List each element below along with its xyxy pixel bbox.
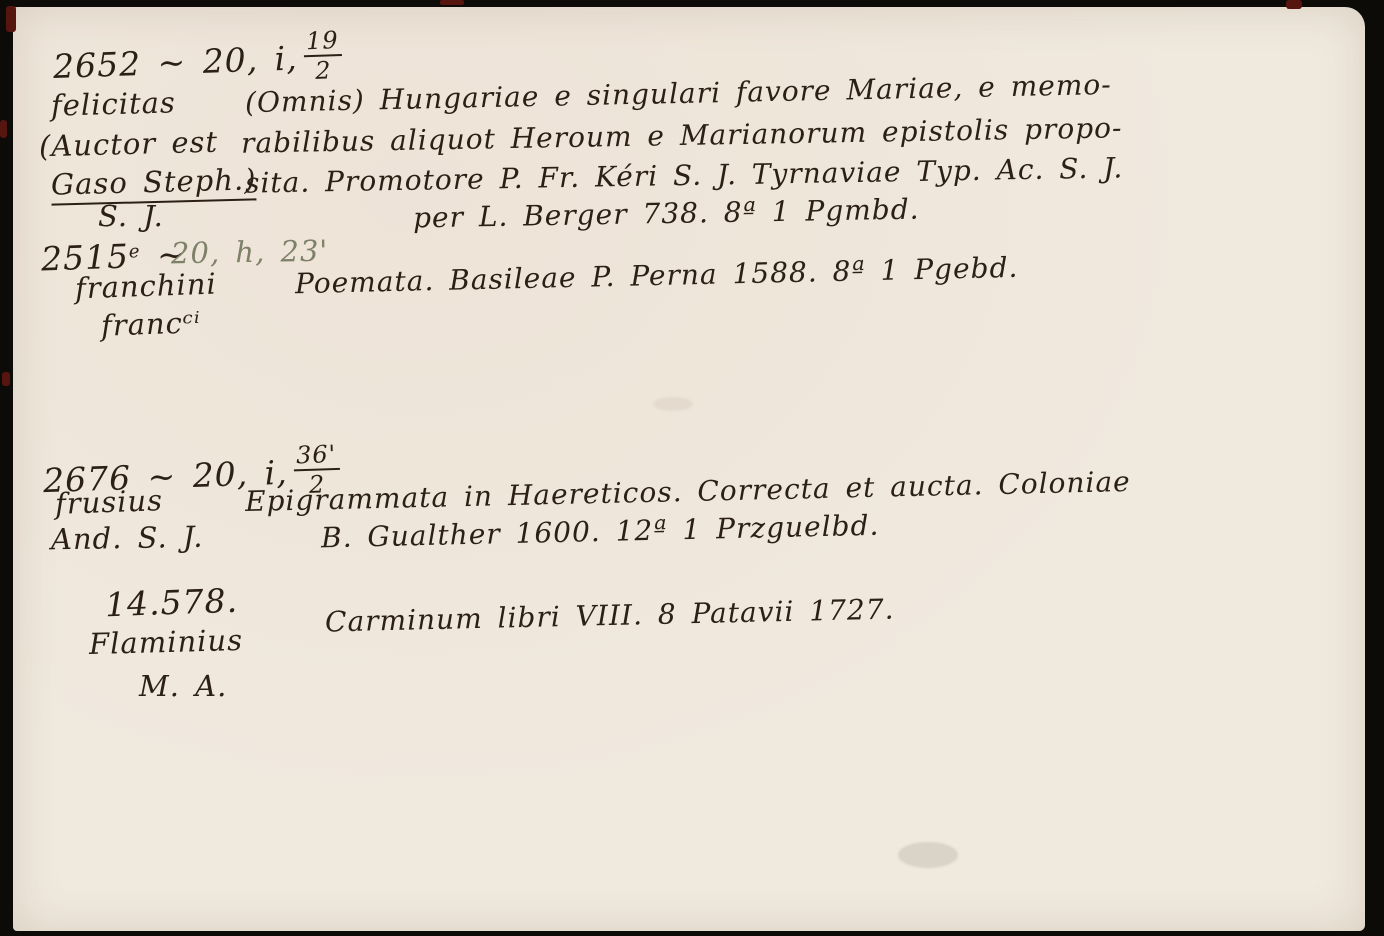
author-heading: Flaminius bbox=[89, 623, 244, 661]
paper-smudge bbox=[898, 842, 958, 868]
title-line: (Omnis) Hungariae e singulari favore Mar… bbox=[245, 68, 1112, 119]
ink-stain bbox=[6, 6, 16, 32]
author-initials: M. A. bbox=[139, 669, 227, 703]
title-line: Carminum libri VIII. 8 Patavii 1727. bbox=[325, 593, 895, 639]
ink-stain bbox=[1286, 0, 1302, 9]
pencil-shelfmark: 20, h, 23' bbox=[171, 234, 329, 271]
imprint-line: B. Gualther 1600. 12ª 1 Przguelbd. bbox=[321, 509, 880, 555]
paper-smudge bbox=[653, 397, 693, 411]
author-heading: frusius bbox=[54, 483, 163, 521]
shelfmark-number: 14.578. bbox=[104, 581, 238, 625]
author-heading: franchini bbox=[74, 267, 217, 306]
shelfmark: 2652 ~ 20, i,192 bbox=[52, 28, 343, 92]
title-line: Epigrammata in Haereticos. Correcta et a… bbox=[245, 465, 1131, 518]
ink-stain bbox=[440, 0, 464, 5]
shelfmark-superscript: e bbox=[128, 241, 140, 262]
author-heading: felicitas bbox=[51, 85, 177, 122]
title-line: Poemata. Basileae P. Perna 1588. 8ª 1 Pg… bbox=[295, 251, 1019, 300]
author-forename: And. S. J. bbox=[51, 520, 204, 557]
author-order: S. J. bbox=[98, 199, 164, 233]
catalog-card: 2652 ~ 20, i,192 felicitas (Auctor est G… bbox=[13, 7, 1365, 931]
title-line: rabilibus aliquot Heroum e Marianorum ep… bbox=[241, 111, 1123, 159]
author-forename: francᶜⁱ bbox=[100, 305, 201, 342]
title-line: sita. Promotore P. Fr. Kéri S. J. Tyrnav… bbox=[245, 151, 1124, 199]
author-note: (Auctor est bbox=[39, 125, 219, 164]
photograph-backdrop: 2652 ~ 20, i,192 felicitas (Auctor est G… bbox=[0, 0, 1384, 936]
ink-stain bbox=[0, 120, 7, 138]
shelfmark-fraction: 192 bbox=[303, 28, 343, 83]
imprint-line: per L. Berger 738. 8ª 1 Pgmbd. bbox=[413, 193, 920, 235]
shelfmark-number: 2652 ~ 20, i, bbox=[52, 39, 298, 87]
ink-stain bbox=[2, 372, 10, 386]
shelfmark: 14.578. bbox=[104, 581, 238, 625]
